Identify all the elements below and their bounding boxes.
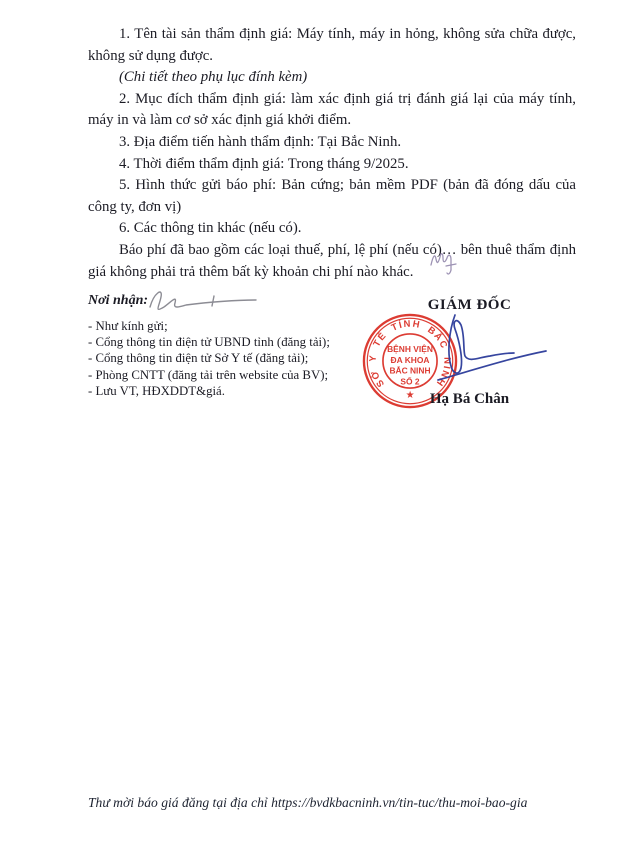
recipient-item: - Cổng thông tin điện tử UBND tỉnh (đăng… xyxy=(88,334,368,350)
recipient-item: - Như kính gửi; xyxy=(88,318,368,334)
seal-center-line: ĐA KHOA xyxy=(391,355,430,365)
paragraph-fee-note: Báo phí đã bao gồm các loại thuế, phí, l… xyxy=(88,240,576,283)
recipient-item: - Cổng thông tin điện tử Sở Y tế (đăng t… xyxy=(88,350,368,366)
document-page: 1. Tên tài sản thẩm định giá: Máy tính, … xyxy=(0,0,634,861)
signer-name: Hạ Bá Chân xyxy=(392,391,547,408)
seal-center-line: BỆNH VIỆN xyxy=(387,343,433,354)
recipient-item: - Phòng CNTT (đăng tải trên website của … xyxy=(88,367,368,383)
pen-scribble xyxy=(143,285,263,317)
seal-center-line: SỐ 2 xyxy=(400,376,419,387)
paragraph-other-info: 6. Các thông tin khác (nếu có). xyxy=(88,218,576,240)
paragraph-time: 4. Thời điểm thẩm định giá: Trong tháng … xyxy=(88,154,576,176)
handwritten-initials xyxy=(424,245,470,279)
paragraph-delivery-format: 5. Hình thức gửi báo phí: Bản cứng; bản … xyxy=(88,175,576,218)
paragraph-purpose: 2. Mục đích thẩm định giá: làm xác định … xyxy=(88,89,576,132)
footer-note: Thư mời báo giá đăng tại địa chỉ https:/… xyxy=(88,795,588,811)
attachment-note: (Chi tiết theo phụ lục đính kèm) xyxy=(88,67,576,89)
director-signature-ink xyxy=(428,296,558,394)
paragraph-location: 3. Địa điểm tiến hành thẩm định: Tại Bắc… xyxy=(88,132,576,154)
paragraph-asset-name: 1. Tên tài sản thẩm định giá: Máy tính, … xyxy=(88,24,576,67)
seal-center-line: BẮC NINH xyxy=(389,366,430,376)
recipient-item: - Lưu VT, HĐXDDT&giá. xyxy=(88,383,368,399)
body-text: 1. Tên tài sản thẩm định giá: Máy tính, … xyxy=(88,24,576,283)
